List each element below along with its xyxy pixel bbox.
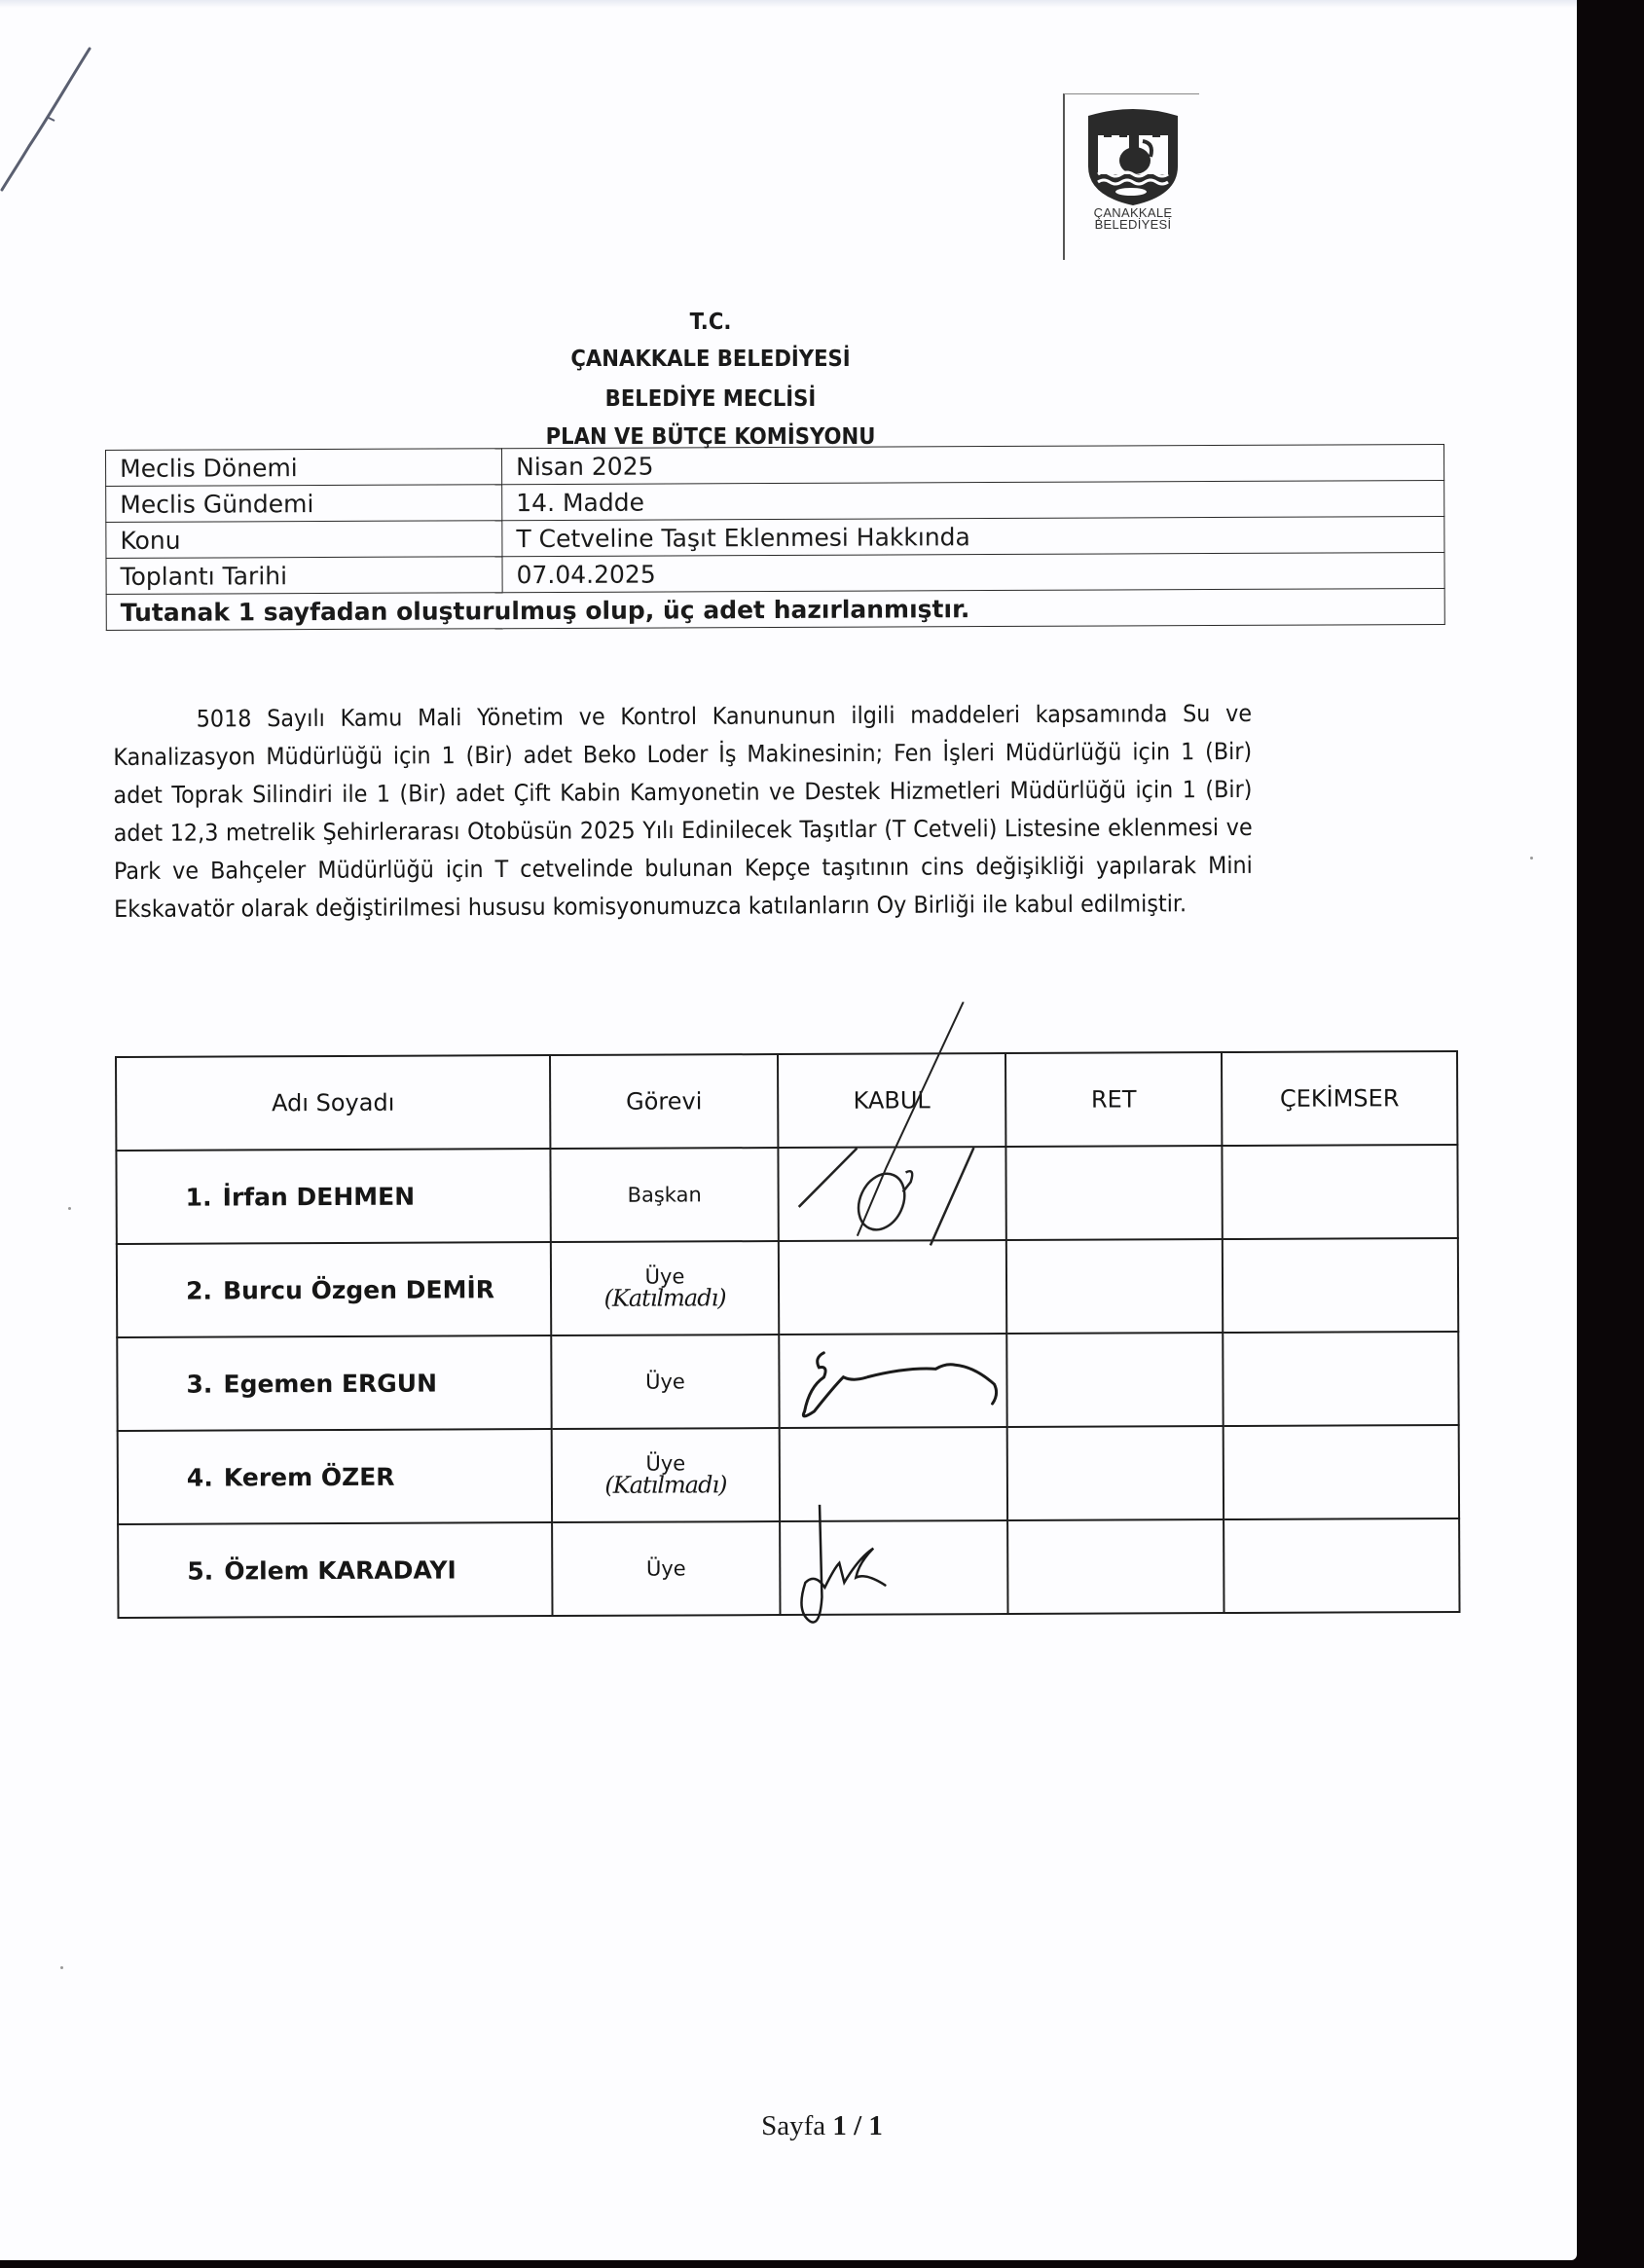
handwritten-absence-note: (Katılmadı) xyxy=(553,1284,777,1312)
member-name: Kerem ÖZER xyxy=(224,1462,395,1491)
heading-tc: T.C. xyxy=(442,310,979,335)
abstain-cell xyxy=(1223,1238,1458,1333)
member-role: Başkan xyxy=(550,1148,778,1242)
info-note-row: Tutanak 1 sayfadan oluşturulmuş olup, üç… xyxy=(106,588,1444,630)
info-value: 14. Madde xyxy=(502,480,1444,520)
abstain-cell xyxy=(1222,1145,1457,1239)
handwritten-absence-note: (Katılmadı) xyxy=(554,1471,778,1499)
member-row: 1.İrfan DEHMEN Başkan xyxy=(116,1145,1457,1244)
info-label: Konu xyxy=(106,521,502,559)
member-name-cell: 1.İrfan DEHMEN xyxy=(116,1149,550,1244)
page-footer: Sayfa 1 / 1 xyxy=(0,2110,1644,2142)
member-role: Üye (Katılmadı) xyxy=(552,1428,780,1522)
info-label: Meclis Gündemi xyxy=(106,485,502,523)
header-name: Adı Soyadı xyxy=(116,1055,550,1151)
member-row: 4.Kerem ÖZER Üye (Katılmadı) xyxy=(118,1425,1459,1524)
member-number: 1. xyxy=(186,1183,223,1211)
member-role-text: Başkan xyxy=(627,1183,701,1206)
header-abstain: ÇEKİMSER xyxy=(1222,1051,1457,1146)
member-name: Özlem KARADAYI xyxy=(224,1555,457,1585)
logo-line-2: BELEDİYESİ xyxy=(1084,219,1182,231)
member-number: 2. xyxy=(186,1276,223,1304)
member-name-cell: 2.Burcu Özgen DEMİR xyxy=(117,1242,551,1337)
member-role-text: Üye xyxy=(646,1556,686,1580)
info-row: Meclis Dönemi Nisan 2025 xyxy=(106,444,1444,486)
reject-cell xyxy=(1007,1426,1224,1520)
accept-cell xyxy=(779,1334,1006,1428)
info-row: Meclis Gündemi 14. Madde xyxy=(106,480,1444,522)
info-label: Meclis Dönemi xyxy=(106,449,502,487)
minutes-note: Tutanak 1 sayfadan oluşturulmuş olup, üç… xyxy=(106,588,1444,630)
reject-cell xyxy=(1006,1333,1223,1427)
info-value: 07.04.2025 xyxy=(502,552,1444,592)
decision-paragraph: 5018 Sayılı Kamu Mali Yönetim ve Kontrol… xyxy=(113,695,1253,929)
heading-municipality: ÇANAKKALE BELEDİYESİ xyxy=(442,347,979,372)
reject-cell xyxy=(1007,1519,1224,1614)
accept-cell xyxy=(779,1240,1006,1335)
scan-speck xyxy=(68,1207,71,1210)
vote-table: Adı Soyadı Görevi KABUL RET ÇEKİMSER 1.İ… xyxy=(115,1050,1461,1619)
scanned-page: ÇANAKKALE BELEDİYESİ T.C. ÇANAKKALE BELE… xyxy=(0,0,1577,2260)
reject-cell xyxy=(1006,1239,1223,1334)
member-name-cell: 5.Özlem KARADAYI xyxy=(118,1522,552,1618)
member-name: İrfan DEHMEN xyxy=(223,1182,416,1211)
member-number: 5. xyxy=(187,1556,224,1585)
pen-stroke-mark xyxy=(0,44,97,200)
heading-council: BELEDİYE MECLİSİ xyxy=(442,386,979,412)
canakkale-belediyesi-logo-icon xyxy=(1084,106,1182,207)
scan-speck xyxy=(60,1966,63,1969)
page-label: Sayfa xyxy=(761,2110,832,2141)
member-name: Egemen ERGUN xyxy=(223,1369,437,1398)
abstain-cell xyxy=(1224,1518,1459,1613)
page-number: 1 / 1 xyxy=(832,2110,883,2141)
info-value: T Cetveline Taşıt Eklenmesi Hakkında xyxy=(502,516,1444,556)
reject-cell xyxy=(1005,1146,1222,1240)
abstain-cell xyxy=(1223,1332,1458,1426)
header-reject: RET xyxy=(1005,1052,1222,1147)
signature-icon xyxy=(789,1342,1042,1421)
member-role: Üye (Katılmadı) xyxy=(551,1241,779,1335)
member-row: 5.Özlem KARADAYI Üye xyxy=(118,1518,1459,1618)
accept-cell xyxy=(780,1520,1007,1615)
member-number: 4. xyxy=(187,1463,224,1491)
member-role-text: Üye xyxy=(645,1370,685,1393)
accept-cell xyxy=(780,1427,1007,1521)
scan-speck xyxy=(1530,857,1533,860)
member-name-cell: 3.Egemen ERGUN xyxy=(117,1335,551,1431)
member-name: Burcu Özgen DEMİR xyxy=(223,1275,494,1304)
member-role: Üye xyxy=(551,1335,779,1429)
vote-table-header: Adı Soyadı Görevi KABUL RET ÇEKİMSER xyxy=(116,1051,1457,1151)
member-name-cell: 4.Kerem ÖZER xyxy=(118,1429,552,1524)
logo-caption: ÇANAKKALE BELEDİYESİ xyxy=(1084,207,1182,231)
meeting-info-table: Meclis Dönemi Nisan 2025 Meclis Gündemi … xyxy=(105,444,1445,631)
info-label: Toplantı Tarihi xyxy=(106,557,502,595)
member-role: Üye xyxy=(552,1521,780,1616)
accept-cell xyxy=(778,1147,1005,1241)
member-number: 3. xyxy=(186,1370,223,1398)
scan-edge xyxy=(0,0,1577,8)
info-row: Toplantı Tarihi 07.04.2025 xyxy=(106,552,1444,594)
info-value: Nisan 2025 xyxy=(501,444,1443,484)
member-row: 3.Egemen ERGUN Üye xyxy=(117,1332,1458,1431)
info-row: Konu T Cetveline Taşıt Eklenmesi Hakkınd… xyxy=(106,516,1444,558)
header-accept: KABUL xyxy=(778,1053,1005,1148)
abstain-cell xyxy=(1224,1425,1459,1519)
signature-icon xyxy=(790,1504,928,1641)
member-row: 2.Burcu Özgen DEMİR Üye (Katılmadı) xyxy=(117,1238,1458,1337)
header-role: Görevi xyxy=(550,1054,778,1149)
municipality-logo: ÇANAKKALE BELEDİYESİ xyxy=(1063,93,1199,260)
